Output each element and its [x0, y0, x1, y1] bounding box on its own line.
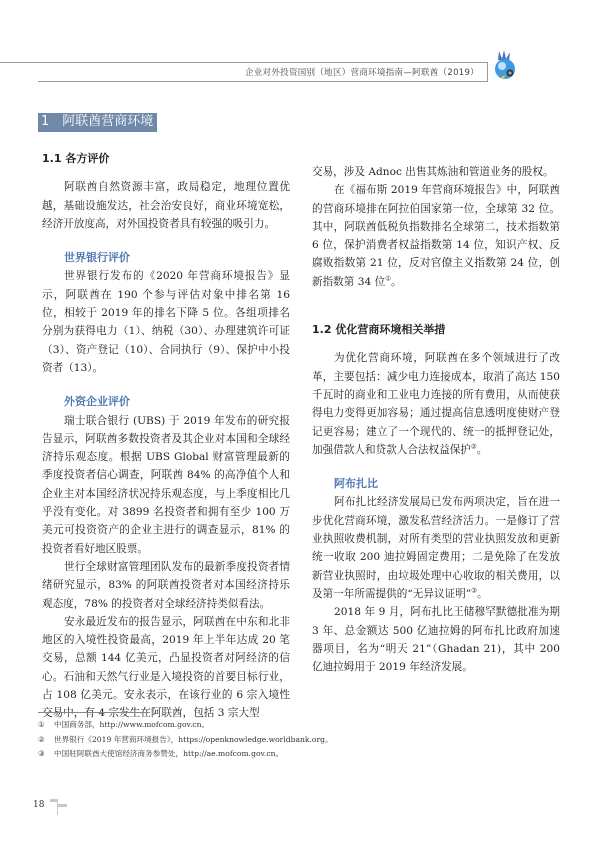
reform-text: 为优化营商环境，阿联酋在多个领域进行了改革，主要包括：减少电力连接成本，取消了高… — [312, 352, 560, 455]
left-column: 1.1 各方评价 阿联酋自然资源丰富，政局稳定，地理位置优越，基础设施发达，社会… — [42, 150, 290, 723]
forbes-paragraph: 在《福布斯 2019 年营商环境报告》中，阿联酋的营商环境排在阿拉伯国家第一位，… — [312, 181, 560, 291]
section-heading-1-2: 1.2 优化营商环境相关举措 — [312, 321, 560, 339]
footnote-item: ①中国商务部，http://www.mofcom.gov.cn。 — [38, 718, 333, 733]
footnote-number: ② — [38, 733, 54, 748]
footnote-text: 中国驻阿联酋大使馆经济商务参赞处，http://ae.mofcom.gov.cn… — [54, 749, 283, 758]
footnote-rule — [38, 712, 150, 713]
footnote-item: ③中国驻阿联酋大使馆经济商务参赞处，http://ae.mofcom.gov.c… — [38, 747, 333, 762]
section-heading-1-1: 1.1 各方评价 — [42, 150, 290, 168]
page-number: 18 — [33, 800, 44, 810]
page-corner-decoration-icon — [48, 797, 72, 815]
reform-end: 。 — [477, 444, 488, 456]
footnotes: ①中国商务部，http://www.mofcom.gov.cn。 ②世界银行《2… — [38, 718, 333, 762]
abu-dhabi-heading: 阿布扎比 — [312, 475, 560, 493]
continued-paragraph: 交易，涉及 Adnoc 出售其炼油和管道业务的股权。 — [312, 163, 560, 181]
right-column: 交易，涉及 Adnoc 出售其炼油和管道业务的股权。 在《福布斯 2019 年营… — [312, 163, 560, 676]
mascot-icon — [492, 50, 518, 82]
abu-dhabi-paragraph-1: 阿布扎比经济发展局已发布两项决定，旨在进一步优化营商环境，激发私营经济活力。一是… — [312, 493, 560, 603]
forbes-text: 在《福布斯 2019 年营商环境报告》中，阿联酋的营商环境排在阿拉伯国家第一位，… — [312, 184, 560, 287]
footnote-text: 世界银行《2019 年营商环境报告》，https://openknowledge… — [54, 735, 333, 744]
header-rule — [0, 62, 38, 63]
abu-dhabi-end: 。 — [477, 588, 488, 600]
foreign-paragraph-3: 安永最近发布的报告显示，阿联酋在中东和北非地区的入境性投资最高，2019 年上半… — [42, 613, 290, 723]
foreign-paragraph-2: 世行全球财富管理团队发布的最新季度投资者情绪研究显示，83% 的阿联酋投资者对本… — [42, 558, 290, 613]
running-title: 企业对外投资国别（地区）营商环境指南—阿联酋（2019） — [245, 66, 479, 78]
world-bank-paragraph: 世界银行发布的《2020 年营商环境报告》显示，阿联酋在 190 个参与评估对象… — [42, 267, 290, 377]
footnote-text: 中国商务部，http://www.mofcom.gov.cn。 — [54, 720, 209, 729]
footnote-number: ③ — [38, 747, 54, 762]
running-header: 企业对外投资国别（地区）营商环境指南—阿联酋（2019） — [38, 62, 488, 82]
chapter-title: 1 阿联酋营商环境 — [38, 113, 157, 132]
abu-dhabi-text: 阿布扎比经济发展局已发布两项决定，旨在进一步优化营商环境，激发私营经济活力。一是… — [312, 496, 560, 599]
reform-paragraph: 为优化营商环境，阿联酋在多个领域进行了改革，主要包括：减少电力连接成本，取消了高… — [312, 349, 560, 459]
foreign-paragraph-1: 瑞士联合银行 (UBS) 于 2019 年发布的研究报告显示，阿联酋多数投资者及… — [42, 412, 290, 558]
forbes-end: 。 — [391, 276, 402, 288]
footnote-item: ②世界银行《2019 年营商环境报告》，https://openknowledg… — [38, 733, 333, 748]
intro-paragraph: 阿联酋自然资源丰富，政局稳定，地理位置优越，基础设施发达，社会治安良好，商业环境… — [42, 178, 290, 233]
world-bank-heading: 世界银行评价 — [42, 249, 290, 267]
foreign-enterprise-heading: 外资企业评价 — [42, 393, 290, 411]
abu-dhabi-paragraph-2: 2018 年 9 月，阿布扎比王储穆罕默德批准为期 3 年、总金额达 500 亿… — [312, 603, 560, 676]
footnote-number: ① — [38, 718, 54, 733]
